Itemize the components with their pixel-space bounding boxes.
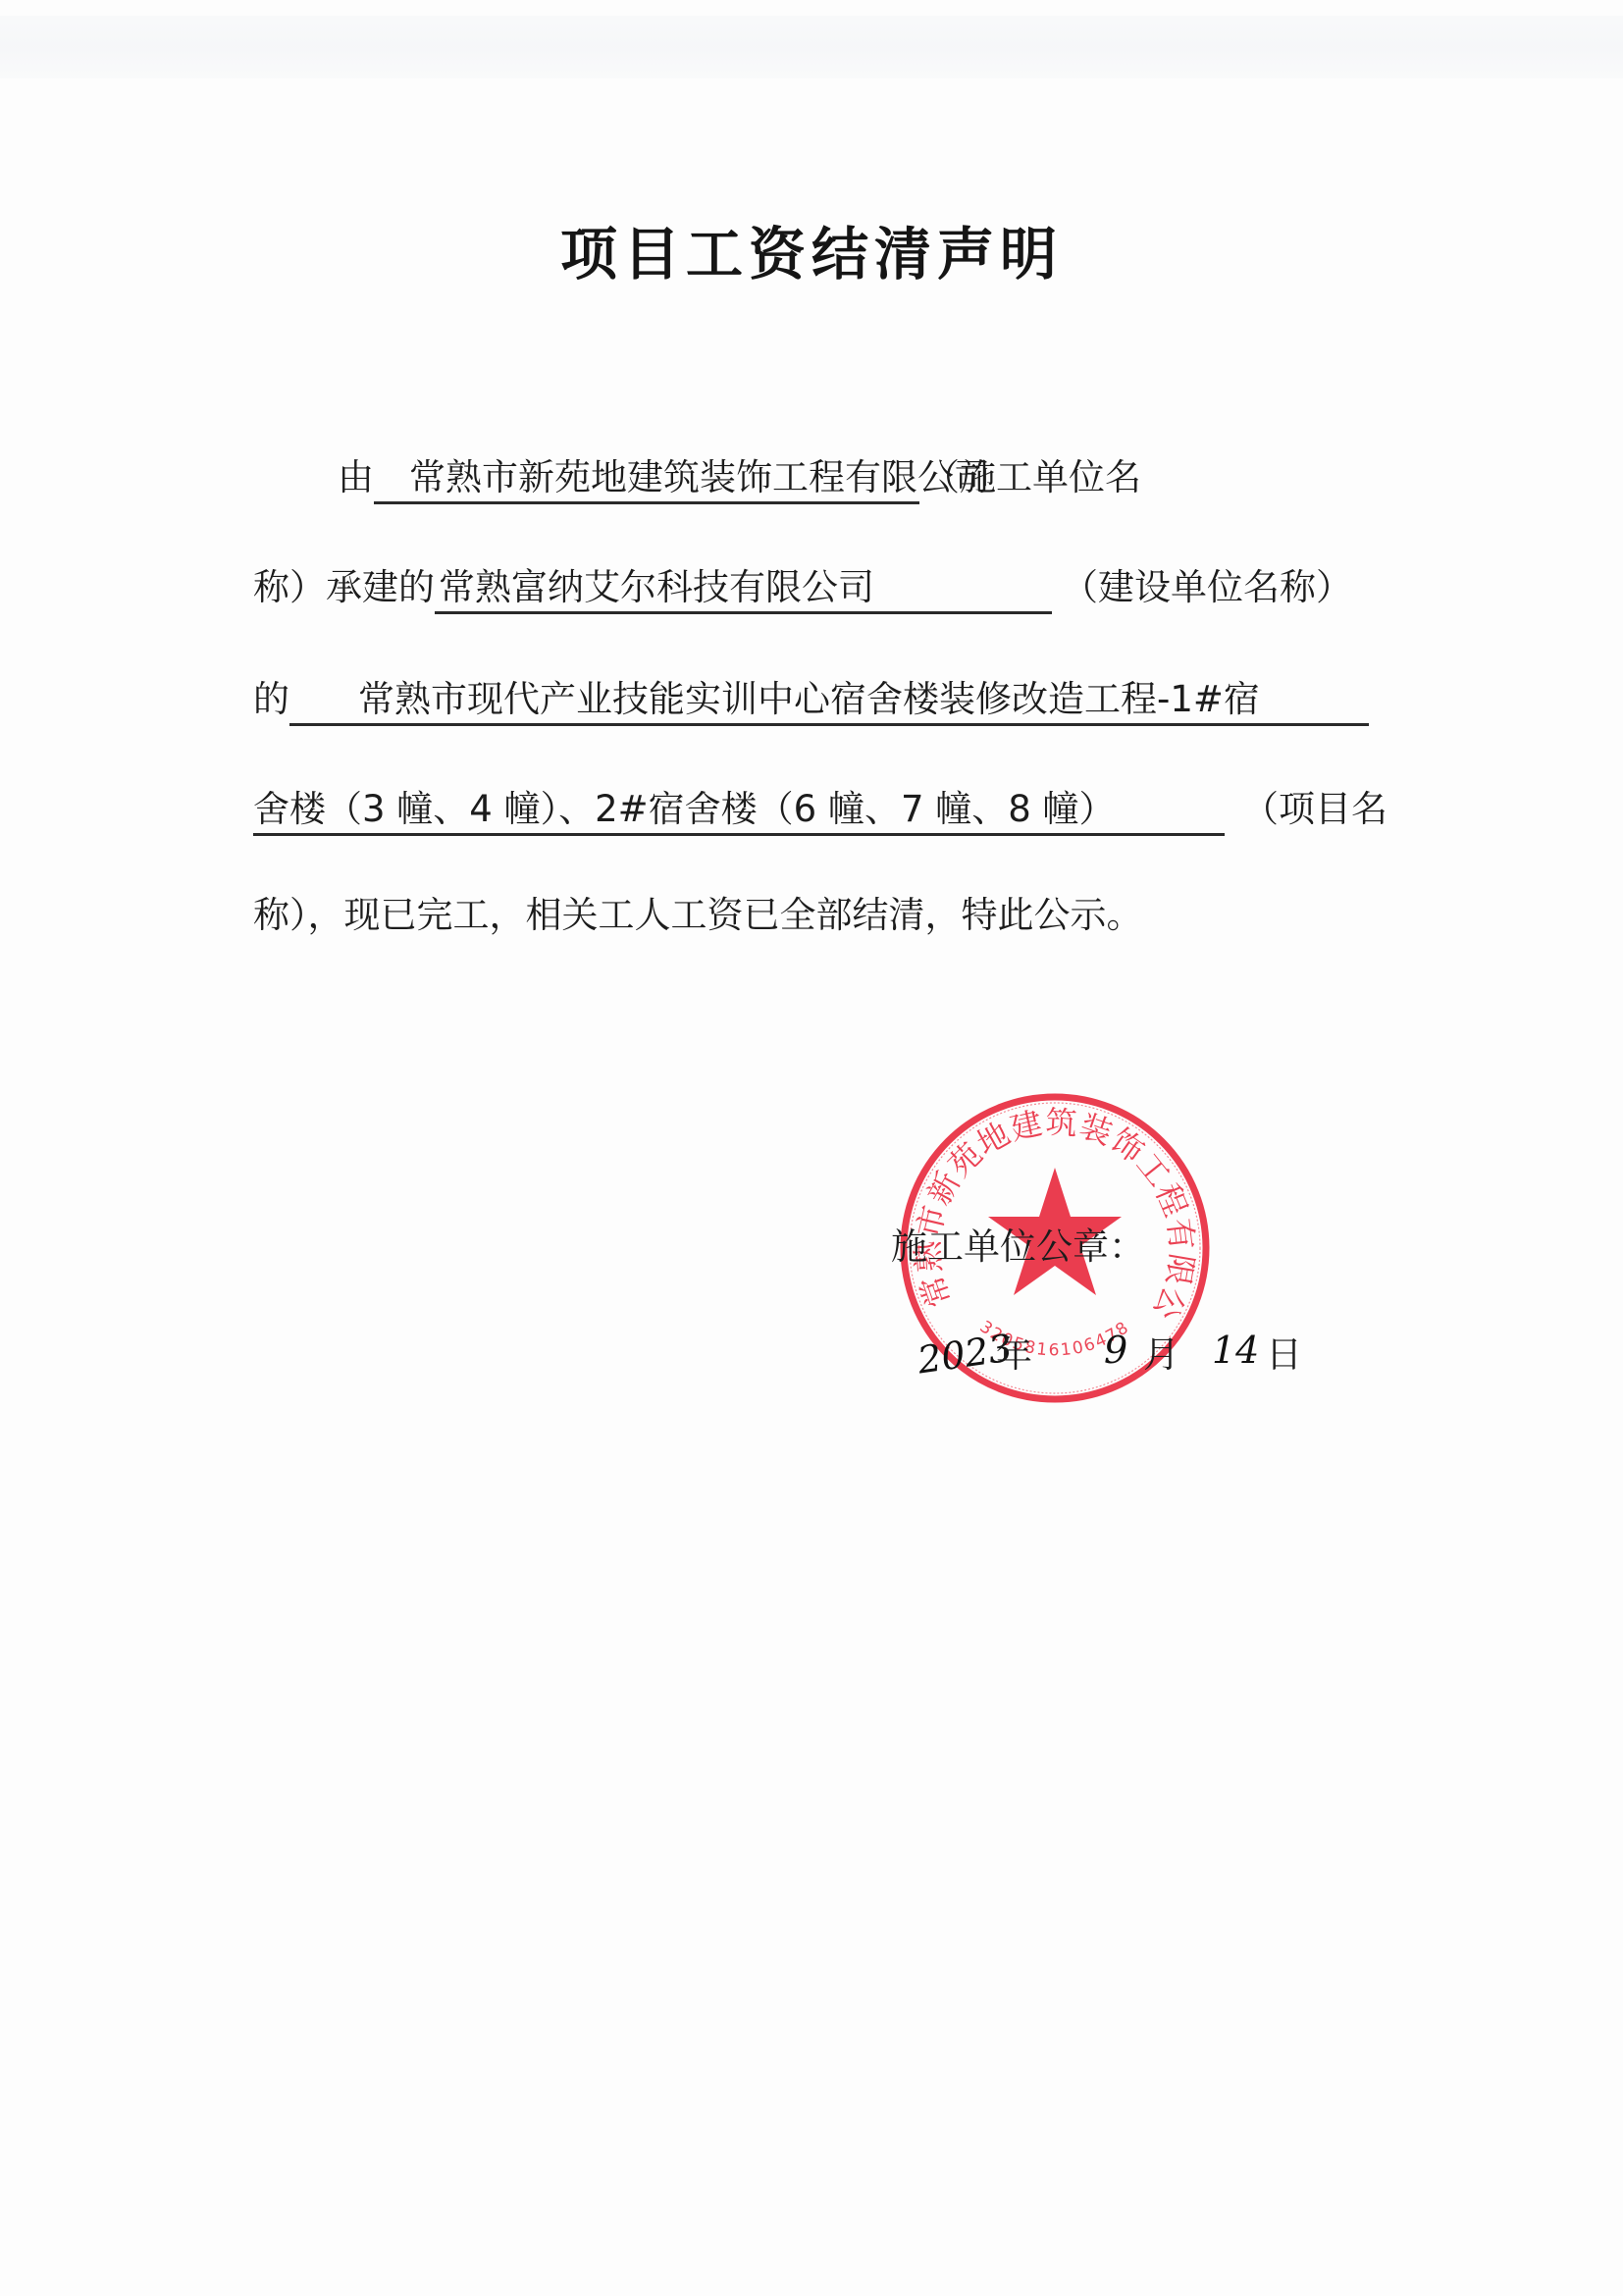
date-year-unit: 年 xyxy=(996,1325,1032,1378)
seal-label: 施工单位公章： xyxy=(891,1217,1145,1270)
line3-prefix: 的 xyxy=(253,675,289,724)
date-month-unit: 月 xyxy=(1143,1325,1179,1378)
paragraph-line-3: 的常熟市现代产业技能实训中心宿舍楼装修改造工程-1#宿 xyxy=(253,675,1391,724)
line2-suffix: （建设单位名称） xyxy=(1062,563,1352,612)
line2-prefix: 称）承建的 xyxy=(253,563,435,612)
project-name-field-part1: 常熟市现代产业技能实训中心宿舍楼装修改造工程-1#宿 xyxy=(289,678,1369,726)
date-month-handwritten: 9 xyxy=(1104,1329,1127,1372)
client-name-field: 常熟富纳艾尔科技有限公司 xyxy=(435,566,1052,614)
line1-suffix: （施工单位名 xyxy=(923,453,1141,502)
date-day-handwritten: 14 xyxy=(1212,1329,1259,1372)
line4-suffix: （项目名 xyxy=(1242,785,1387,834)
date-day-unit: 日 xyxy=(1266,1325,1302,1378)
document-title: 项目工资结清声明 xyxy=(0,208,1623,290)
project-name-field-part2: 舍楼（3 幢、4 幢）、2#宿舍楼（6 幢、7 幢、8 幢） xyxy=(253,788,1225,836)
line1-prefix: 由 xyxy=(338,453,374,502)
contractor-name-field: 常熟市新苑地建筑装饰工程有限公司 xyxy=(374,456,919,504)
paragraph-line-1: 由常熟市新苑地建筑装饰工程有限公司（施工单位名 xyxy=(253,453,1391,502)
scan-artifact-band xyxy=(0,16,1623,78)
paragraph-line-5: 称），现已完工，相关工人工资已全部结清，特此公示。 xyxy=(253,891,1391,940)
paragraph-line-4: 舍楼（3 幢、4 幢）、2#宿舍楼（6 幢、7 幢、8 幢）（项目名 xyxy=(253,785,1391,834)
paragraph-line-2: 称）承建的常熟富纳艾尔科技有限公司（建设单位名称） xyxy=(253,563,1391,612)
